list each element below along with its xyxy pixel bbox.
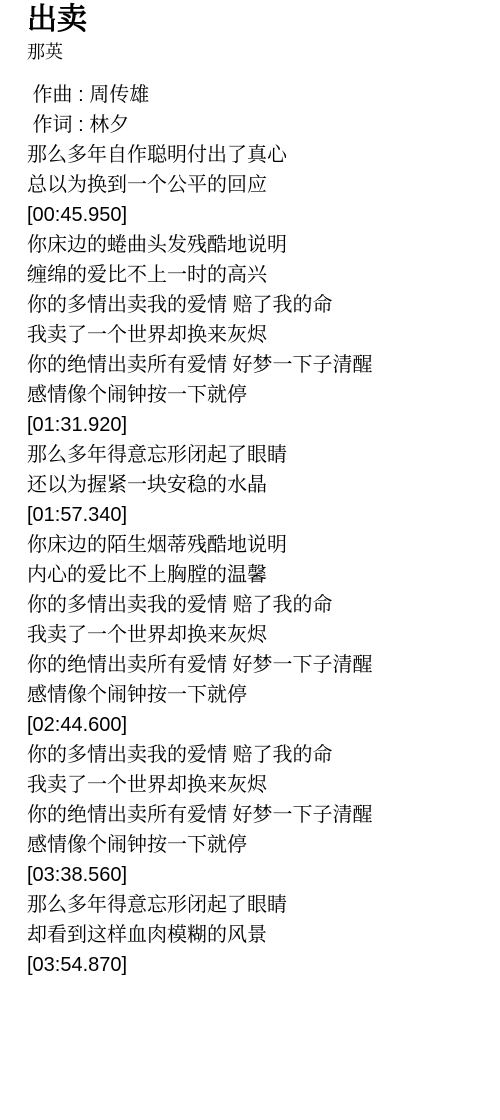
timestamp-line: [01:57.340] bbox=[27, 500, 480, 530]
lyric-line: 你的绝情出卖所有爱情 好梦一下子清醒 bbox=[27, 650, 480, 680]
lyric-line: 缠绵的爱比不上一时的高兴 bbox=[27, 260, 480, 290]
timestamp-line: [03:54.870] bbox=[27, 950, 480, 980]
song-title: 出卖 bbox=[27, 0, 480, 40]
timestamp-line: [03:38.560] bbox=[27, 860, 480, 890]
lyrics-page: 出卖 那英 作曲 : 周传雄 作词 : 林夕那么多年自作聪明付出了真心总以为换到… bbox=[0, 0, 500, 980]
lyric-line: 那么多年自作聪明付出了真心 bbox=[27, 140, 480, 170]
lyric-line: 感情像个闹钟按一下就停 bbox=[27, 680, 480, 710]
lyric-line: 你床边的陌生烟蒂残酷地说明 bbox=[27, 530, 480, 560]
timestamp-line: [00:45.950] bbox=[27, 200, 480, 230]
lyric-line: 总以为换到一个公平的回应 bbox=[27, 170, 480, 200]
credit-line: 作曲 : 周传雄 bbox=[27, 80, 480, 110]
lyric-line: 感情像个闹钟按一下就停 bbox=[27, 830, 480, 860]
lyric-line: 那么多年得意忘形闭起了眼睛 bbox=[27, 440, 480, 470]
timestamp-line: [02:44.600] bbox=[27, 710, 480, 740]
lyric-line: 你的多情出卖我的爱情 赔了我的命 bbox=[27, 740, 480, 770]
lyric-line: 那么多年得意忘形闭起了眼睛 bbox=[27, 890, 480, 920]
lyric-line: 你的多情出卖我的爱情 赔了我的命 bbox=[27, 290, 480, 320]
lyric-line: 我卖了一个世界却换来灰烬 bbox=[27, 320, 480, 350]
lyric-line: 我卖了一个世界却换来灰烬 bbox=[27, 620, 480, 650]
lyric-line: 你的绝情出卖所有爱情 好梦一下子清醒 bbox=[27, 350, 480, 380]
lyric-line: 你的绝情出卖所有爱情 好梦一下子清醒 bbox=[27, 800, 480, 830]
lyric-line: 我卖了一个世界却换来灰烬 bbox=[27, 770, 480, 800]
lyric-line: 内心的爱比不上胸膛的温馨 bbox=[27, 560, 480, 590]
lyric-line: 却看到这样血肉模糊的风景 bbox=[27, 920, 480, 950]
timestamp-line: [01:31.920] bbox=[27, 410, 480, 440]
lyric-line: 你床边的蜷曲头发残酷地说明 bbox=[27, 230, 480, 260]
lyric-line: 你的多情出卖我的爱情 赔了我的命 bbox=[27, 590, 480, 620]
credit-line: 作词 : 林夕 bbox=[27, 110, 480, 140]
lyric-line: 还以为握紧一块安稳的水晶 bbox=[27, 470, 480, 500]
lyric-line: 感情像个闹钟按一下就停 bbox=[27, 380, 480, 410]
artist-name: 那英 bbox=[27, 40, 480, 64]
lyrics-block: 作曲 : 周传雄 作词 : 林夕那么多年自作聪明付出了真心总以为换到一个公平的回… bbox=[27, 80, 480, 980]
